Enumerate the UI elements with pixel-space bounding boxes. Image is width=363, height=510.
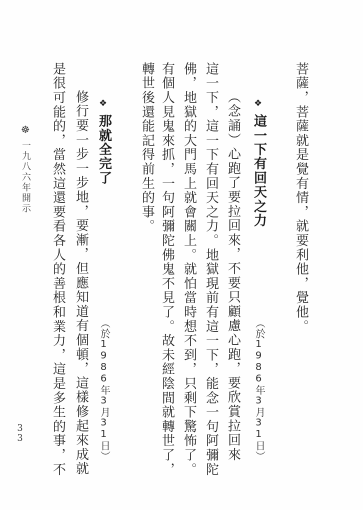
section-2-column-1: 修行要一步一步地，要漸，但應知道有個頓，這樣修起來成就 (73, 90, 87, 476)
section-2-column-2: 是很可能的，當然這還要看各人的善根和業力，這是多生的事，不 (50, 62, 64, 477)
section-1-column-5: 轉世後還能記得前生的事。 (139, 62, 153, 234)
running-header-text: 一九八六年開示 (20, 141, 30, 215)
section-heading-1: ❖這一下有回天之力 (251, 99, 265, 228)
section-date-2: （於1986年3月31日） (97, 318, 109, 462)
dharma-wheel-icon: ☸ (20, 125, 30, 138)
section-1-column-3: 佛，地獄的大門馬上就會關上。就怕當時想不到，只剩下驚怖了。 (181, 62, 195, 477)
section-heading-2-text: 那就全完了 (96, 114, 111, 185)
diamond-bullet-icon: ❖ (251, 99, 265, 110)
paragraph-continuation-column: 菩薩，菩薩就是覺有情，就要利他，覺他。 (293, 62, 307, 334)
section-1-column-1: （念誦）心跑了要拉回來，不要只顧慮心跑，要欣賞拉回來 (225, 90, 239, 462)
section-1-column-4: 有個人見鬼來抓，一句阿彌陀佛鬼不見了。故未經陰間就轉世了， (159, 62, 173, 477)
section-1-column-2: 這一下，這一下有回天之力。地獄現前有這一下，能念一句阿彌陀 (203, 62, 217, 477)
section-heading-2: ❖那就全完了 (96, 99, 110, 185)
running-header: ☸一九八六年開示 (19, 125, 30, 214)
section-heading-1-text: 這一下有回天之力 (251, 114, 266, 228)
section-date-1: （於1986年3月31日） (252, 318, 264, 462)
diamond-bullet-icon: ❖ (96, 99, 110, 110)
page-number: 33 (15, 424, 25, 444)
book-page: 菩薩，菩薩就是覺有情，就要利他，覺他。 ❖這一下有回天之力 （於1986年3月3… (0, 0, 363, 510)
